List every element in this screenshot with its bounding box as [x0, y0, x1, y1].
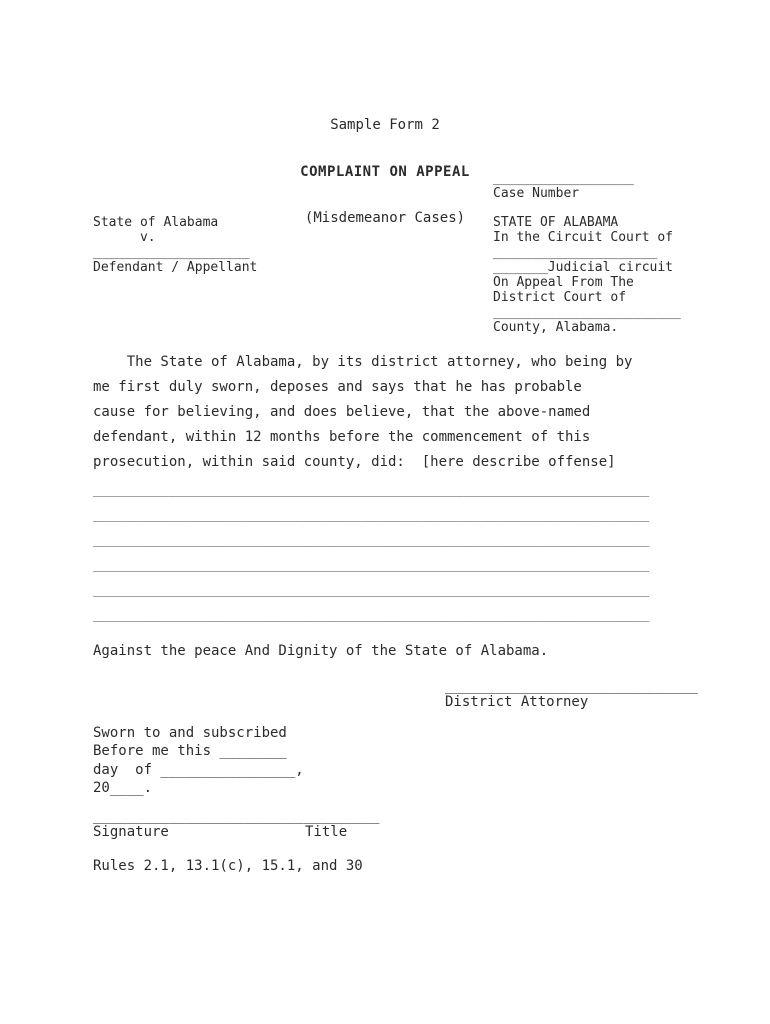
case-number-block: __________________ Case Number: [493, 171, 634, 201]
form-number-label: Sample Form 2: [0, 118, 770, 134]
sworn-subscribed-block: Sworn to and subscribed Before me this _…: [93, 724, 304, 798]
complaint-body-paragraph: The State of Alabama, by its district at…: [93, 350, 632, 475]
court-caption-block: STATE OF ALABAMA In the Circuit Court of…: [493, 215, 681, 335]
signature-label: Signature: [93, 824, 169, 840]
district-attorney-signature-block: ______________________________ District …: [445, 678, 698, 710]
form-page: Sample Form 2 COMPLAINT ON APPEAL (Misde…: [0, 0, 770, 1024]
plaintiff-caption-block: State of Alabama v. ____________________…: [93, 215, 257, 275]
offense-description-blank-lines: ________________________________________…: [93, 477, 649, 627]
rules-reference: Rules 2.1, 13.1(c), 15.1, and 30: [93, 858, 363, 874]
signature-blank-line: __________________________________: [93, 808, 380, 824]
title-label: Title: [305, 824, 347, 840]
form-title: COMPLAINT ON APPEAL: [0, 165, 770, 181]
closing-sentence: Against the peace And Dignity of the Sta…: [93, 641, 548, 661]
